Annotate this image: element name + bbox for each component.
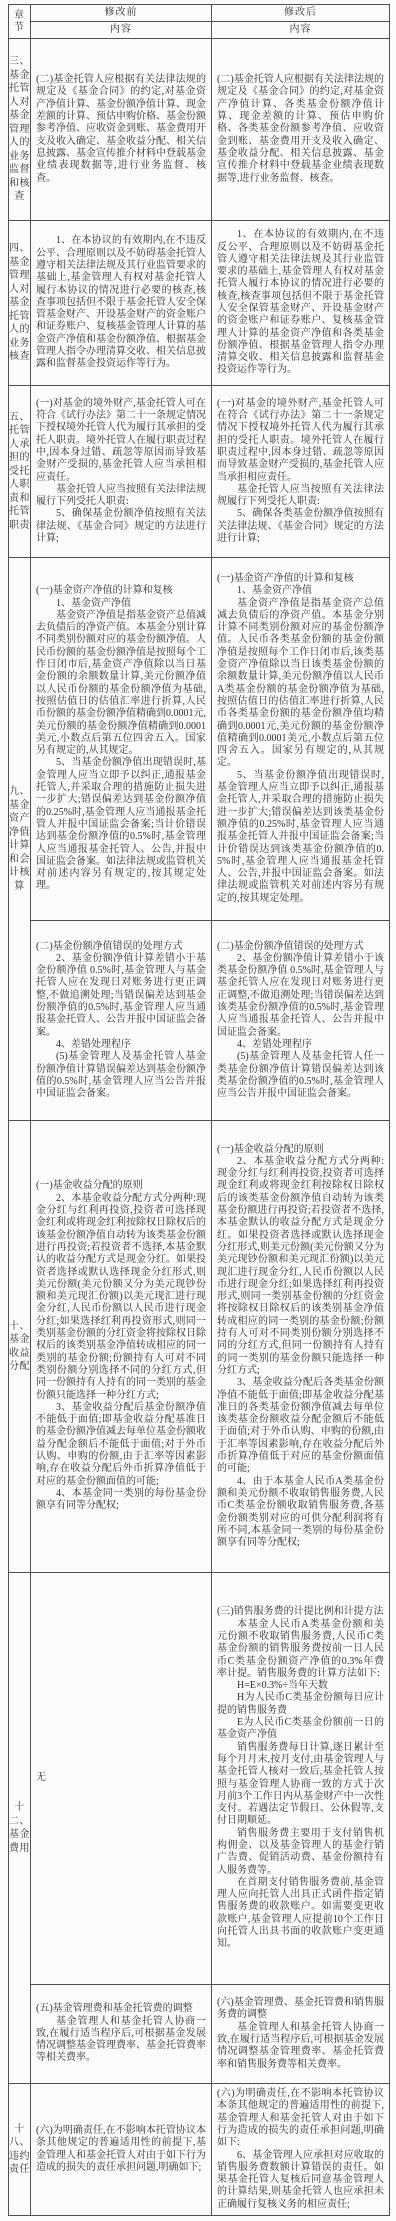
- table-row: 五、托管人承担的受托人职责和托管职责(一)对基金的境外财产,基金托管人可在符合《…: [9, 386, 390, 558]
- paragraph: 4、本基金同一类别的每份基金份额享有同等分配权;: [36, 1488, 206, 1513]
- before-cell: (一)基金收益分配的原则2、本基金收益分配方式分两种:现金分红与红利再投资,投资…: [31, 1121, 212, 1573]
- section-label: 五、托管人承担的受托人职责和托管职责: [9, 386, 31, 558]
- section-label-text: 五、托管人承担的受托人职责和托管职责: [9, 411, 30, 533]
- paragraph: 4、由于本基金人民币A类基金份额和美元份额不收取销售服务费,人民币C类基金份额收…: [217, 1476, 384, 1550]
- after-cell: (六)为明确责任,在不影响本托管协议本条其他规定的普遍适用性的前提下,基金管理人…: [212, 2084, 390, 2216]
- section-label: 十、基金收益分配: [9, 1121, 31, 1573]
- table-row: 十、基金收益分配(一)基金收益分配的原则2、本基金收益分配方式分两种:现金分红与…: [9, 1121, 390, 1573]
- before-cell: (二)基金托管人应根据有关法律法规的规定及《基金合同》的约定,对基金资产净值计算…: [31, 39, 212, 221]
- after-cell: 1、在本协议的有效期内,在不违反公平、合理原则以及不妨碍基金托管人遵守相关法律法…: [212, 221, 390, 386]
- before-cell: (二)基金份额净值错误的处理方式2、基金份额净值计算差错小于基金份额净值 0.5…: [31, 921, 212, 1121]
- paragraph: (二)基金托管人应根据有关法律法规的规定及《基金合同》的约定,对基金资产净值计算…: [36, 74, 206, 185]
- section-label-text: 十、基金收益分配: [9, 1320, 30, 1374]
- after-cell: (二)基金份额净值错误的处理方式2、基金份额净值计算差错小于该类基金份额净值 0…: [212, 921, 390, 1121]
- table-body: 三、基金托管人对基金管理人的业务监督和核查(二)基金托管人应根据有关法律法规的规…: [9, 39, 390, 2216]
- header-before-cell: 修改前: [31, 5, 212, 22]
- paragraph: (五)基金管理费和基金托管费的调整: [36, 2003, 206, 2015]
- after-cell: (三)销售服务费的计提比例和计提方法本基金人民币A类基金份额和美元份额不收取销售…: [212, 1573, 390, 1985]
- header-content-cell-after: 内容: [212, 22, 390, 39]
- paragraph: (一)对基金的境外财产,基金托管人可在符合《试行办法》第二十一条规定情况下授权境…: [217, 398, 384, 484]
- paragraph: (六)为明确责任,在不影响本托管协议本条其他规定的普遍适用性的前提下,基金管理人…: [217, 2088, 384, 2149]
- paragraph: 基金资产净值是指基金资产总值减去负债后的净资产值。本基金分别计算不同类别份额对应…: [217, 598, 384, 770]
- paragraph: 5、当基金份额净值出现错误时,基金管理人应当立即予以纠正,通报基金托管人,并采取…: [217, 770, 384, 905]
- table-row: 三、基金托管人对基金管理人的业务监督和核查(二)基金托管人应根据有关法律法规的规…: [9, 39, 390, 221]
- paragraph: H为人民币C类基金份额每日应计提的销售服务费: [217, 1692, 384, 1717]
- paragraph: 基金管理人和基金托管人协商一致,在履行适当程序后,可根据基金发展情况调整基金管理…: [217, 2022, 384, 2071]
- paragraph: (二)基金份额净值错误的处理方式: [217, 941, 384, 953]
- paragraph: (六)为明确责任,在不影响本托管协议本条其他规定的普遍适用性的前提下,基金管理人…: [36, 2125, 206, 2174]
- paragraph: 3、基金收益分配后基金份额净值不能低于面值;即基金收益分配基准日的基金份额净值减…: [36, 1402, 206, 1488]
- comparison-table: 章节 修改前 修改后 内容 内容 三、基金托管人对基金管理人的业务监督和核查(二…: [8, 4, 390, 2216]
- section-label: 十二、基金费用: [9, 1573, 31, 2084]
- paragraph: 2、本基金收益分配方式分两种:现金分红与红利再投资,投资者可选择现金红利或将现金…: [36, 1193, 206, 1402]
- before-cell: (一)基金资产净值的计算和复核1、基金资产净值基金资产净值是指基金资产总值减去负…: [31, 558, 212, 921]
- paragraph: 4、差错处理程序: [36, 1039, 206, 1051]
- paragraph: 1、在本协议的有效期内,在不违反公平、合理原则以及不妨碍基金托管人遵守相关法律法…: [36, 235, 206, 370]
- section-label: 三、基金托管人对基金管理人的业务监督和核查: [9, 39, 31, 221]
- paragraph: (一)基金收益分配的原则: [36, 1180, 206, 1192]
- after-cell: (一)基金资产净值的计算和复核1、基金资产净值基金资产净值是指基金资产总值减去负…: [212, 558, 390, 921]
- paragraph: (三)销售服务费的计提比例和计提方法: [217, 1606, 384, 1618]
- paragraph: 2、基金份额净值计算差错小于基金份额净值 0.5%时,基金管理人与基金托管人应在…: [36, 953, 206, 1039]
- paragraph: (二)基金份额净值错误的处理方式: [36, 941, 206, 953]
- paragraph: 5、确保各类基金份额净值按照有关法律法规、《基金合同》规定的方法进行计算;: [217, 508, 384, 545]
- after-cell: (二)基金托管人应根据有关法律法规的规定及《基金合同》的约定,对基金资产净值计算…: [212, 39, 390, 221]
- section-label-text: 十二、基金费用: [9, 1801, 30, 1855]
- after-cell: (一)对基金的境外财产,基金托管人可在符合《试行办法》第二十一条规定情况下授权境…: [212, 386, 390, 558]
- before-cell: (一)对基金的境外财产,基金托管人可在符合《试行办法》第二十一条规定情况下授权境…: [31, 386, 212, 558]
- paragraph: H=E×0.3%÷当年天数: [217, 1680, 384, 1692]
- paragraph: (六)基金管理费、基金托管费和销售服务费的调整: [217, 1997, 384, 2022]
- after-cell: (一)基金收益分配的原则2、本基金收益分配方式分两种:现金分红与红利再投资,投资…: [212, 1121, 390, 1573]
- header-after-cell: 修改后: [212, 5, 390, 22]
- paragraph: 5、确保基金份额净值按照有关法律法规、《基金合同》规定的方法进行计算;: [36, 508, 206, 545]
- paragraph: (5)基金管理人及基金托管人基金份额净值计算错误偏差达到基金份额净值的0.5%时…: [36, 1051, 206, 1100]
- section-label-text: 四、基金管理人对基金托管人的业务核查: [9, 242, 30, 364]
- before-cell: 无: [31, 1573, 212, 1985]
- paragraph: 6、基金管理人应承担对应收取的销售服务费数额计算错误的责任。如果基金托管人复核后…: [217, 2150, 384, 2211]
- paragraph: (一)基金资产净值的计算和复核: [36, 585, 206, 597]
- paragraph: 销售服务费每日计算,逐日累计至每个月月末,按月支付,由基金管理人与基金托管人核对…: [217, 1742, 384, 1828]
- table-row: 九、基金资产净值计算和会计核算(一)基金资产净值的计算和复核1、基金资产净值基金…: [9, 558, 390, 921]
- paragraph: 2、基金份额净值计算差错小于该类基金份额净值 0.5%时,基金管理人与基金托管人…: [217, 953, 384, 1039]
- section-label: 十八、违约责任: [9, 2084, 31, 2216]
- paragraph: (一)基金资产净值的计算和复核: [217, 573, 384, 585]
- section-label: 九、基金资产净值计算和会计核算: [9, 558, 31, 1121]
- table-row: 十二、基金费用无(三)销售服务费的计提比例和计提方法本基金人民币A类基金份额和美…: [9, 1573, 390, 1985]
- paragraph: 在首期支付销售服务费前,基金管理人应向托管人出具正式函件指定销售服务费的收款账户…: [217, 1877, 384, 1951]
- header-content-cell-before: 内容: [31, 22, 212, 39]
- paragraph: 基金管理人和基金托管人协商一致,在履行适当程序后,可根据基金发展情况调整基金管理…: [36, 2016, 206, 2065]
- table-row: (五)基金管理费和基金托管费的调整基金管理人和基金托管人协商一致,在履行适当程序…: [9, 1985, 390, 2084]
- table-row: 四、基金管理人对基金托管人的业务核查1、在本协议的有效期内,在不违反公平、合理原…: [9, 221, 390, 386]
- paragraph: 基金资产净值是指基金资产总值减去负债后的净资产值。本基金分别计算不同类别份额对应…: [36, 610, 206, 758]
- before-cell: 1、在本协议的有效期内,在不违反公平、合理原则以及不妨碍基金托管人遵守相关法律法…: [31, 221, 212, 386]
- paragraph: (5)基金管理人及基金托管人任一类基金份额净值计算错误偏差达到该类基金份额净值的…: [217, 1051, 384, 1100]
- paragraph: 基金托管人应当按照有关法律法规履行下列受托人职责:: [36, 484, 206, 509]
- paragraph: 销售服务费主要用于支付销售机构佣金、以及基金管理人的基金行销广告费、促销活动费、…: [217, 1828, 384, 1877]
- paragraph: 1、基金资产净值: [217, 585, 384, 597]
- section-label-text: 三、基金托管人对基金管理人的业务监督和核查: [9, 55, 30, 204]
- table-row: (二)基金份额净值错误的处理方式2、基金份额净值计算差错小于基金份额净值 0.5…: [9, 921, 390, 1121]
- paragraph: 4、差错处理程序: [217, 1039, 384, 1051]
- after-cell: (六)基金管理费、基金托管费和销售服务费的调整基金管理人和基金托管人协商一致,在…: [212, 1985, 390, 2084]
- paragraph: (二)基金托管人应根据有关法律法规的规定及《基金合同》的约定,对基金资产净值计算…: [217, 74, 384, 185]
- paragraph: 3、基金收益分配后各类基金份额净值不能低于面值;即基金收益分配基准日的各类基金份…: [217, 1377, 384, 1475]
- paragraph: (一)基金收益分配的原则: [217, 1144, 384, 1156]
- section-label: 四、基金管理人对基金托管人的业务核查: [9, 221, 31, 386]
- paragraph: E为人民币C类基金份额前一日的基金资产净值: [217, 1717, 384, 1742]
- document-page: 章节 修改前 修改后 内容 内容 三、基金托管人对基金管理人的业务监督和核查(二…: [0, 0, 396, 2221]
- paragraph: 无: [36, 1772, 206, 1784]
- paragraph: 1、基金资产净值: [36, 598, 206, 610]
- table-row: 十八、违约责任(六)为明确责任,在不影响本托管协议本条其他规定的普遍适用性的前提…: [9, 2084, 390, 2216]
- paragraph: 5、当基金份额净值出现错误时,基金管理人应当立即予以纠正,通报基金托管人,并采取…: [36, 757, 206, 892]
- paragraph: 本基金人民币A类基金份额和美元份额不收取销售服务费,人民币C类基金份额的销售服务…: [217, 1619, 384, 1680]
- section-label-text: 十八、违约责任: [9, 2123, 30, 2177]
- paragraph: 2、本基金收益分配方式分两种:现金分红与红利再投资,投资者可选择现金红利或将现金…: [217, 1156, 384, 1377]
- paragraph: 1、在本协议的有效期内,在不违反公平、合理原则以及不妨碍基金托管人遵守相关法律法…: [217, 229, 384, 377]
- paragraph: (一)对基金的境外财产,基金托管人可在符合《试行办法》第二十一条规定情况下授权境…: [36, 398, 206, 484]
- before-cell: (五)基金管理费和基金托管费的调整基金管理人和基金托管人协商一致,在履行适当程序…: [31, 1985, 212, 2084]
- paragraph: 基金托管人应当按照有关法律法规履行下列受托人职责:: [217, 484, 384, 509]
- header-chapter-cell: 章节: [9, 5, 31, 39]
- section-label-text: 九、基金资产净值计算和会计核算: [9, 785, 30, 893]
- before-cell: (六)为明确责任,在不影响本托管协议本条其他规定的普遍适用性的前提下,基金管理人…: [31, 2084, 212, 2216]
